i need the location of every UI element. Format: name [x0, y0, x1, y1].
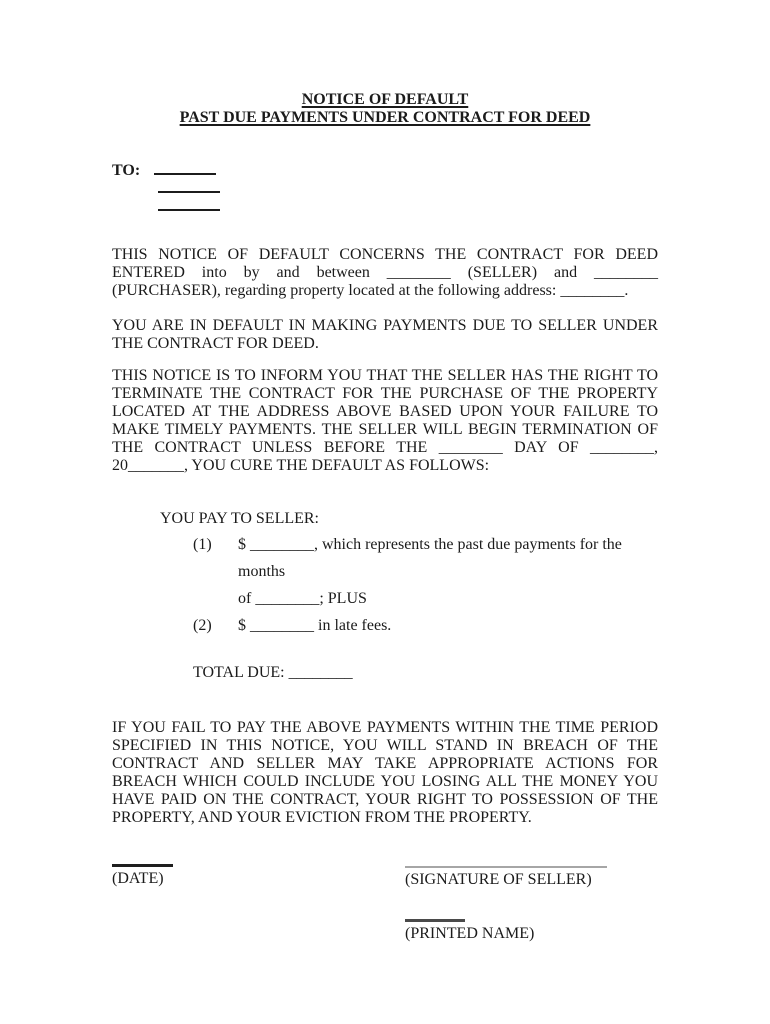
date-fill-line[interactable]: [112, 864, 173, 867]
payment-item-1-text: $ ________, which represents the past du…: [238, 531, 658, 612]
title-line-2: PAST DUE PAYMENTS UNDER CONTRACT FOR DEE…: [112, 109, 658, 127]
paragraph-breach-warning: IF YOU FAIL TO PAY THE ABOVE PAYMENTS WI…: [112, 719, 658, 827]
seller-signature-fill-line[interactable]: [405, 866, 607, 868]
date-label: (DATE): [112, 870, 405, 888]
recipient-row-1: TO:: [112, 162, 658, 180]
seller-signature-column: (SIGNATURE OF SELLER) (PRINTED NAME): [405, 864, 607, 943]
printed-name-label: (PRINTED NAME): [405, 925, 607, 943]
payment-item-1: (1) $ ________, which represents the pas…: [193, 531, 658, 612]
paragraph-default-statement: YOU ARE IN DEFAULT IN MAKING PAYMENTS DU…: [112, 317, 658, 353]
recipient-row-3: [112, 198, 658, 216]
title-text-notice-of-default: NOTICE OF DEFAULT: [302, 91, 469, 108]
recipient-block: TO:: [112, 162, 658, 216]
payment-item-2-number: (2): [193, 612, 238, 639]
paragraph-contract-intro: THIS NOTICE OF DEFAULT CONCERNS THE CONT…: [112, 246, 658, 300]
to-label: TO:: [112, 162, 140, 179]
pay-to-seller-heading: YOU PAY TO SELLER:: [112, 510, 658, 528]
paragraph-termination-notice: THIS NOTICE IS TO INFORM YOU THAT THE SE…: [112, 367, 658, 475]
recipient-fill-line-3[interactable]: [158, 198, 220, 211]
payment-item-1-line-2: of ________; PLUS: [238, 585, 658, 612]
document-page: NOTICE OF DEFAULT PAST DUE PAYMENTS UNDE…: [0, 0, 770, 1024]
date-column: (DATE): [112, 864, 405, 943]
title-text-past-due-payments: PAST DUE PAYMENTS UNDER CONTRACT FOR DEE…: [180, 109, 591, 126]
title-line-1: NOTICE OF DEFAULT: [112, 91, 658, 109]
signature-block: (DATE) (SIGNATURE OF SELLER) (PRINTED NA…: [112, 864, 658, 943]
payment-item-2: (2) $ ________ in late fees.: [193, 612, 658, 639]
printed-name-fill-line[interactable]: [405, 919, 465, 922]
seller-signature-label: (SIGNATURE OF SELLER): [405, 871, 607, 889]
recipient-fill-line-2[interactable]: [158, 180, 220, 193]
payment-item-1-line-1: $ ________, which represents the past du…: [238, 531, 658, 585]
total-due-row: TOTAL DUE: ________: [112, 664, 658, 682]
payment-item-1-number: (1): [193, 531, 238, 612]
document-body: NOTICE OF DEFAULT PAST DUE PAYMENTS UNDE…: [0, 0, 770, 943]
payment-items-list: (1) $ ________, which represents the pas…: [112, 531, 658, 639]
payment-item-2-text: $ ________ in late fees.: [238, 612, 658, 639]
payment-item-2-line-1: $ ________ in late fees.: [238, 612, 658, 639]
document-title: NOTICE OF DEFAULT PAST DUE PAYMENTS UNDE…: [112, 91, 658, 127]
recipient-fill-line-1[interactable]: [154, 162, 216, 175]
recipient-row-2: [112, 180, 658, 198]
